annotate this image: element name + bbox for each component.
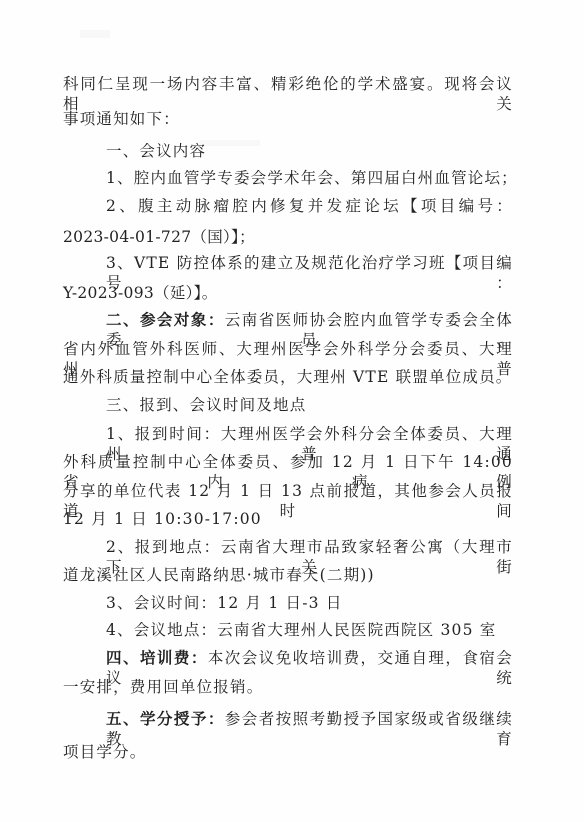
doc-line-intro-1: 科同仁呈现一场内容丰富、精彩绝伦的学术盛宴。现将会议相关 <box>63 74 513 114</box>
doc-line-attendees-3: 通外科质量控制中心全体委员，大理州 VTE 联盟单位成员。 <box>63 367 513 387</box>
doc-line-item-2: 2、腹主动脉瘤腔内修复并发症论坛【项目编号： <box>106 196 513 216</box>
section-heading-meeting-content: 一、会议内容 <box>106 141 513 161</box>
section-label-credits: 五、学分授予： <box>106 709 225 728</box>
doc-line-reg-place-2: 道龙溪社区人民南路纳思·城市春天(二期)) <box>63 565 513 585</box>
doc-line-item-2-code: 2023-04-01-727（国）】； <box>63 227 513 247</box>
section-heading-registration: 三、报到、会议时间及地点 <box>106 395 513 415</box>
doc-line-item-3-code: Y-2023-093（延）】。 <box>63 283 513 303</box>
document-page: 科同仁呈现一场内容丰富、精彩绝伦的学术盛宴。现将会议相关 事项通知如下： 一、会… <box>0 0 584 822</box>
doc-line-intro-2: 事项通知如下： <box>63 109 513 129</box>
section-label-training-fee: 四、培训费： <box>106 648 208 667</box>
doc-line-reg-time-4: 12 月 1 日 10:30-17:00 <box>63 509 513 529</box>
section-label-attendees: 二、参会对象： <box>106 310 225 329</box>
doc-line-item-1: 1、腔内血管学专委会学术年会、第四届白州血管论坛； <box>106 168 513 188</box>
doc-line-meeting-time: 3、会议时间：12 月 1 日-3 日 <box>106 593 513 613</box>
doc-line-training-fee-2: 一安排，费用回单位报销。 <box>63 677 513 697</box>
doc-line-credits-2: 项目学分。 <box>63 742 513 762</box>
doc-line-meeting-place: 4、会议地点：云南省大理州人民医院西院区 305 室 <box>106 620 513 640</box>
scan-bleed-mark <box>80 30 110 38</box>
